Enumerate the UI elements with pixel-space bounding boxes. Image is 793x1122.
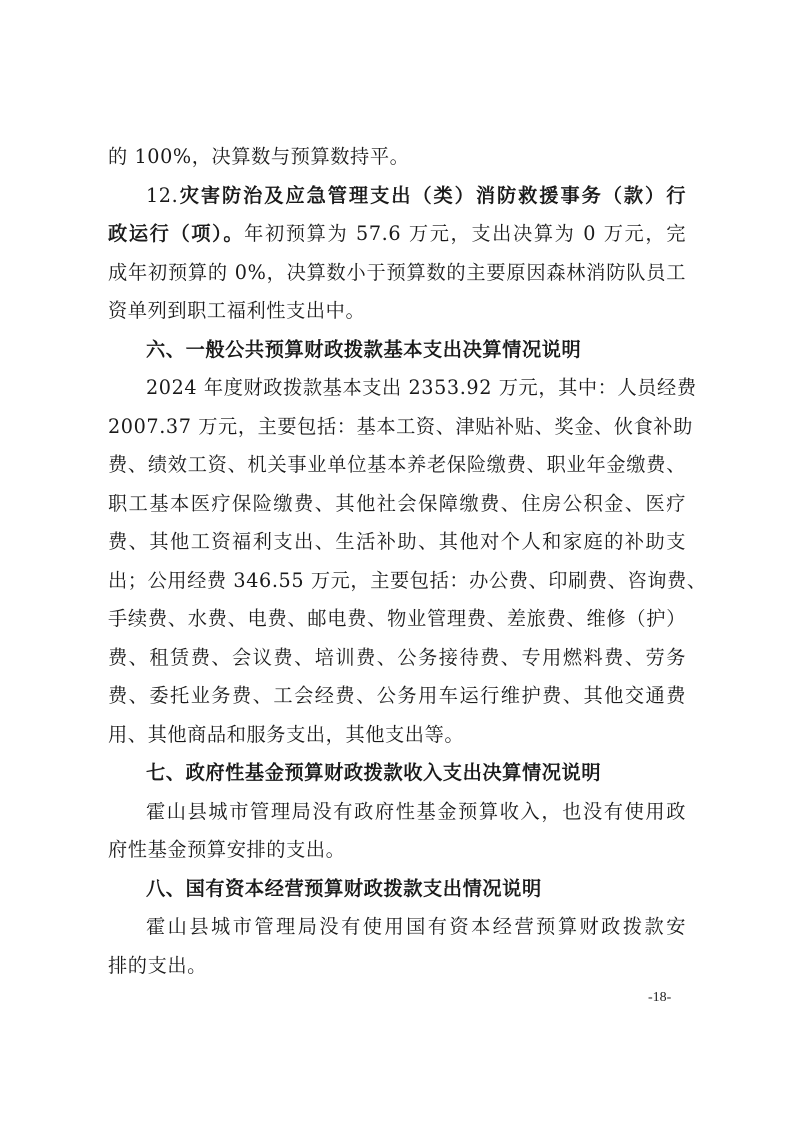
document-page: 的 100%，决算数与预算数持平。 12.灾害防治及应急管理支出（类）消防救援事… xyxy=(108,138,686,985)
paragraph-line: 2007.37 万元，主要包括：基本工资、津贴补贴、奖金、伙食补助 xyxy=(108,408,686,447)
paragraph-line: 霍山县城市管理局没有政府性基金预算收入，也没有使用政 xyxy=(108,793,686,832)
paragraph-line: 出；公用经费 346.55 万元，主要包括：办公费、印刷费、咨询费、 xyxy=(108,562,686,601)
paragraph-line: 的 100%，决算数与预算数持平。 xyxy=(108,138,686,177)
paragraph-line: 成年初预算的 0%，决算数小于预算数的主要原因森林消防队员工 xyxy=(108,254,686,293)
section-6-heading: 六、一般公共预算财政拨款基本支出决算情况说明 xyxy=(108,331,686,370)
section-8-heading: 八、国有资本经营预算财政拨款支出情况说明 xyxy=(108,870,686,909)
paragraph-line: 费、绩效工资、机关事业单位基本养老保险缴费、职业年金缴费、 xyxy=(108,446,686,485)
paragraph-line: 排的支出。 xyxy=(108,947,686,986)
item-12-title: 12.灾害防治及应急管理支出（类）消防救援事务（款）行 xyxy=(108,177,686,216)
paragraph-line: 手续费、水费、电费、邮电费、物业管理费、差旅费、维修（护） xyxy=(108,600,686,639)
body-text: 年初预算为 57.6 万元，支出决算为 0 万元，完 xyxy=(244,222,686,245)
paragraph-line: 府性基金预算安排的支出。 xyxy=(108,831,686,870)
paragraph-line: 用、其他商品和服务支出，其他支出等。 xyxy=(108,716,686,755)
paragraph-line: 霍山县城市管理局没有使用国有资本经营预算财政拨款安 xyxy=(108,908,686,947)
paragraph-line: 费、委托业务费、工会经费、公务用车运行维护费、其他交通费 xyxy=(108,677,686,716)
paragraph-line: 费、租赁费、会议费、培训费、公务接待费、专用燃料费、劳务 xyxy=(108,639,686,678)
paragraph-line: 政运行（项）。年初预算为 57.6 万元，支出决算为 0 万元，完 xyxy=(108,215,686,254)
page-number: -18- xyxy=(648,990,671,1006)
paragraph-line: 资单列到职工福利性支出中。 xyxy=(108,292,686,331)
item-title-text: 灾害防治及应急管理支出（类）消防救援事务（款）行 xyxy=(178,184,686,207)
paragraph-line: 费、其他工资福利支出、生活补助、其他对个人和家庭的补助支 xyxy=(108,523,686,562)
paragraph-line: 职工基本医疗保险缴费、其他社会保障缴费、住房公积金、医疗 xyxy=(108,485,686,524)
section-7-heading: 七、政府性基金预算财政拨款收入支出决算情况说明 xyxy=(108,754,686,793)
item-number: 12. xyxy=(146,184,178,207)
paragraph-line: 2024 年度财政拨款基本支出 2353.92 万元，其中：人员经费 xyxy=(108,369,686,408)
item-title-text: 政运行（项）。 xyxy=(108,222,244,245)
